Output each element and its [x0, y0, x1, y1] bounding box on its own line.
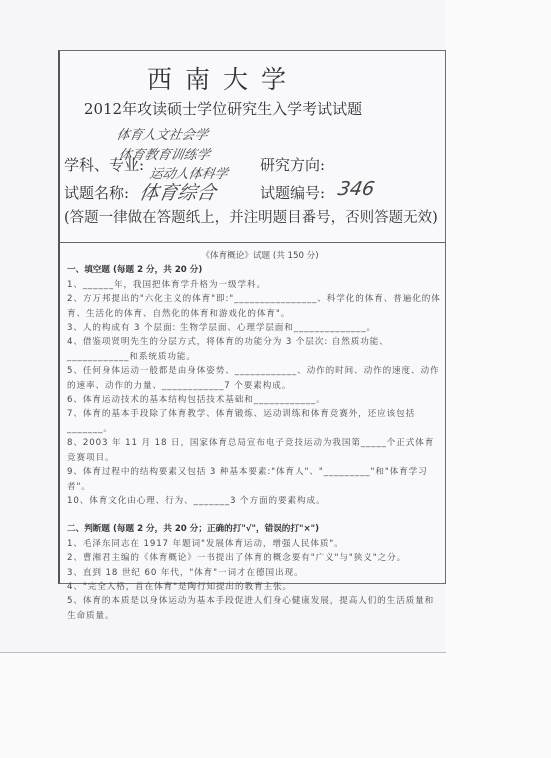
answer-notice: (答题一律做在答题纸上，并注明题目番号，否则答题无效) — [64, 206, 438, 227]
question-1-2: 2、方万邦提出的"六化主义的体育"即:"________________、科学化… — [67, 292, 443, 321]
question-2-4: 4、"完全人格，首在体育"是陶行知提出的教育主张。 — [67, 580, 443, 594]
exam-body: 《体育概论》试题 (共 150 分) 一、填空题 (每题 2 分，共 20 分)… — [67, 249, 443, 623]
question-1-5: 5、任何身体运动一般都是由身体姿势、____________、动作的时间、动作的… — [67, 364, 443, 393]
question-1-1: 1、______年，我国把体育学升格为一级学科。 — [67, 278, 443, 292]
header-divider — [58, 242, 446, 243]
exam-title: 2012年攻读硕士学位研究生入学考试试题 — [0, 98, 446, 119]
university-name: 西南大学 — [0, 60, 446, 96]
question-1-4: 4、借鉴项贤明先生的分层方式，将体育的功能分为 3 个层次: 自然质功能、___… — [67, 335, 443, 364]
question-1-8: 8、2003 年 11 月 18 日，国家体育总局宣布电子竞技运动为我国第___… — [67, 436, 443, 465]
section-heading-fill-blank: 一、填空题 (每题 2 分，共 20 分) — [67, 263, 443, 277]
question-1-3: 3、人的构成有 3 个层面: 生物学层面、心理学层面和_____________… — [67, 321, 443, 335]
question-2-2: 2、曹湘君主编的《体育概论》一书提出了体育的概念要有"广义"与"狭义"之分。 — [67, 551, 443, 565]
handwritten-major-1: 体育人文社会学 — [115, 124, 209, 143]
question-1-6: 6、体育运动技术的基本结构包括技术基础和____________。 — [67, 393, 443, 407]
handwritten-paper-code: 346 — [336, 178, 376, 200]
handwritten-paper-name: 体育综合 — [138, 178, 219, 205]
question-1-9: 9、体育过程中的结构要素又包括 3 种基本要素:"体育人"、"_________… — [67, 465, 443, 494]
paper-code-label: 试题编号: — [260, 182, 325, 203]
question-1-7: 7、体育的基本手段除了体育教学、体育锻炼、运动训练和体育竞赛外，还应该包括___… — [67, 407, 443, 436]
paper-title: 《体育概论》试题 (共 150 分) — [77, 249, 443, 263]
question-2-1: 1、毛泽东同志在 1917 年题词"发展体育运动，增强人民体质"。 — [67, 537, 443, 551]
question-2-3: 3、直到 18 世纪 60 年代，"体育"一词才在德国出现。 — [67, 566, 443, 580]
section-heading-true-false: 二、判断题 (每题 2 分，共 20 分；正确的打"√"，错误的打"×") — [67, 522, 443, 536]
question-1-10: 10、体育文化由心理、行为、_______3 个方面的要素构成。 — [67, 494, 443, 508]
direction-label: 研究方向: — [260, 154, 325, 175]
question-2-5: 5、体育的本质是以身体运动为基本手段促进人们身心健康发展，提高人们的生活质量和生… — [67, 594, 443, 623]
subject-label: 学科、专业: — [64, 154, 144, 175]
paper-name-label: 试题名称: — [64, 182, 129, 203]
section-gap — [67, 508, 443, 522]
